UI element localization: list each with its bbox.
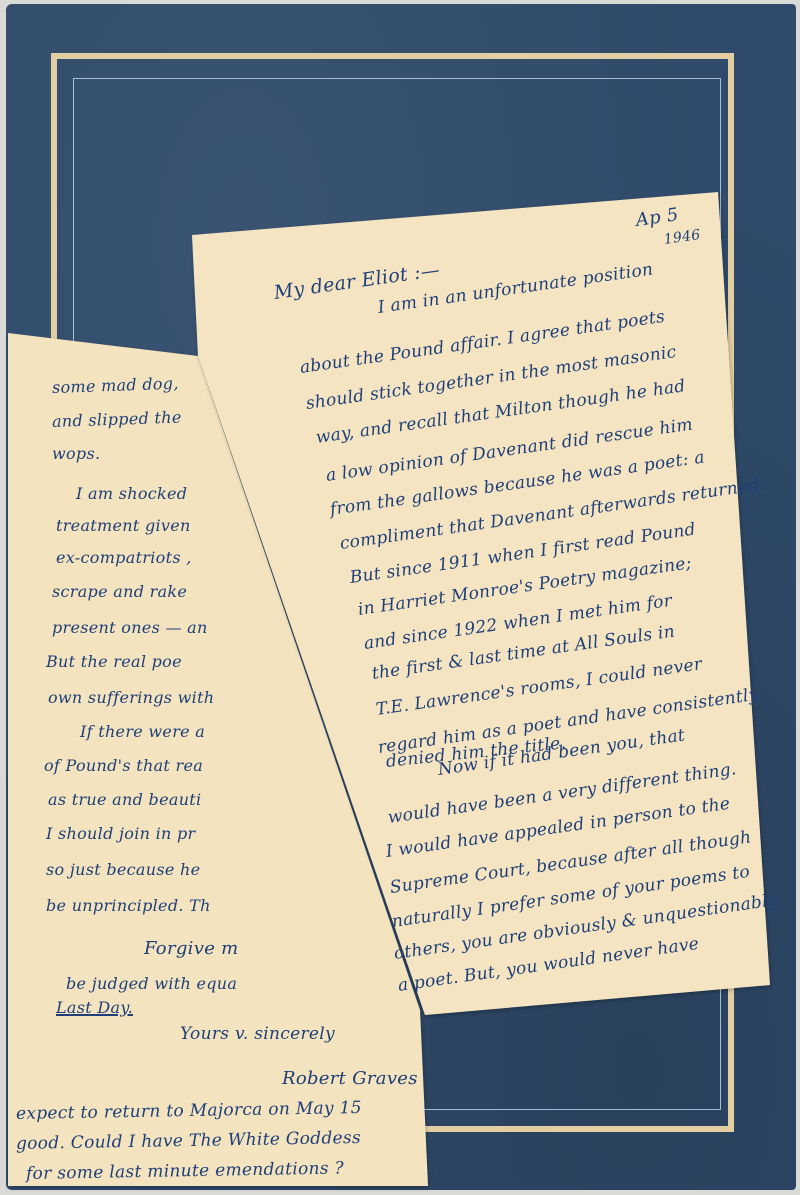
- letter-line: If there were a: [80, 722, 205, 741]
- letter-line: treatment given: [56, 516, 191, 535]
- letter-line: scrape and rake: [52, 582, 187, 601]
- letter-line: I am shocked: [76, 484, 187, 503]
- letter-line: as true and beauti: [48, 790, 201, 809]
- letter-line: of Pound's that rea: [44, 756, 203, 775]
- letter-line: ex-compatriots ,: [56, 548, 192, 567]
- letter-line: so just because he: [46, 860, 200, 879]
- letter-line: Forgive m: [144, 938, 239, 959]
- signature: Robert Graves: [282, 1068, 418, 1089]
- letter-line: Last Day.: [56, 998, 133, 1017]
- letter-line: own sufferings with: [48, 688, 214, 707]
- letter-line: be unprincipled. Th: [46, 896, 211, 915]
- letter-line: I should join in pr: [46, 824, 196, 843]
- letter-closing: Yours v. sincerely: [180, 1024, 335, 1044]
- letter-line: But the real poe: [46, 652, 182, 671]
- letter-line: be judged with equa: [66, 974, 237, 993]
- letter-line: present ones — an: [52, 618, 208, 637]
- letter-line: wops.: [52, 444, 100, 463]
